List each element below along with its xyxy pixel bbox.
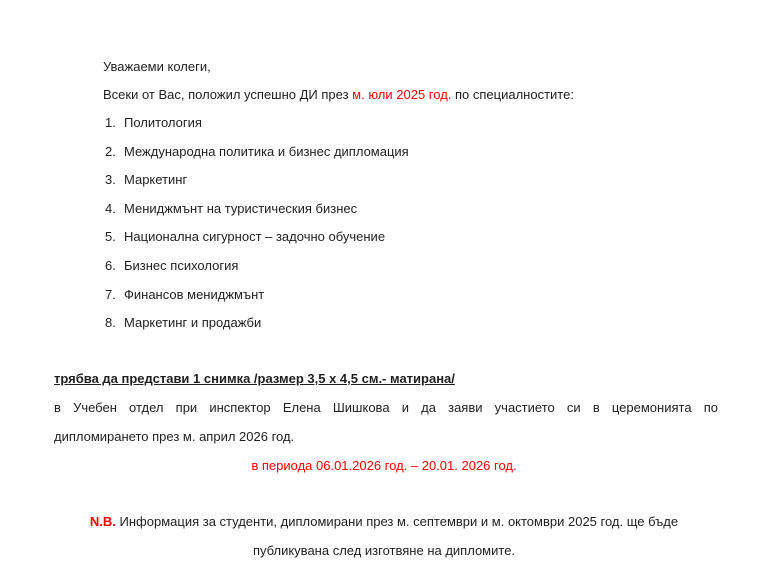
note-label: N.B. <box>90 514 116 529</box>
specialty-label: Мениджмънт на туристическия бизнес <box>124 201 357 230</box>
specialty-label: Международна политика и бизнес дипломаци… <box>124 144 409 173</box>
greeting: Уважаеми колеги, <box>103 59 211 74</box>
instruction-line-1: в Учебен отдел при инспектор Елена Шишко… <box>54 400 718 415</box>
intro-prefix: Всеки от Вас, положил успешно ДИ през <box>103 87 352 102</box>
list-number: 1. <box>105 115 124 144</box>
list-number: 4. <box>105 201 124 230</box>
note-text: Информация за студенти, дипломирани през… <box>116 514 678 529</box>
list-number: 3. <box>105 172 124 201</box>
list-number: 2. <box>105 144 124 173</box>
list-number: 8. <box>105 315 124 344</box>
list-number: 5. <box>105 229 124 258</box>
specialty-label: Бизнес психология <box>124 258 238 287</box>
list-number: 7. <box>105 287 124 316</box>
specialty-label: Маркетинг <box>124 172 187 201</box>
specialties-list: 1.Политология 2.Международна политика и … <box>105 115 409 344</box>
photo-requirement: трябва да представи 1 снимка /размер 3,5… <box>54 371 455 386</box>
specialty-label: Маркетинг и продажби <box>124 315 261 344</box>
list-item: 7.Финансов мениджмънт <box>105 287 409 316</box>
list-item: 3.Маркетинг <box>105 172 409 201</box>
list-item: 4.Мениджмънт на туристическия бизнес <box>105 201 409 230</box>
specialty-label: Финансов мениджмънт <box>124 287 264 316</box>
submission-period: в периода 06.01.2026 год. – 20.01. 2026 … <box>0 458 768 473</box>
specialty-label: Политология <box>124 115 202 144</box>
list-item: 6.Бизнес психология <box>105 258 409 287</box>
specialty-label: Национална сигурност – задочно обучение <box>124 229 385 258</box>
note-line-1: N.B. Информация за студенти, дипломирани… <box>0 514 768 529</box>
instruction-line-2: дипломирането през м. април 2026 год. <box>54 429 294 444</box>
intro-date-highlight: м. юли 2025 год. <box>352 87 451 102</box>
intro-paragraph: Всеки от Вас, положил успешно ДИ през м.… <box>103 87 574 102</box>
list-item: 5.Национална сигурност – задочно обучени… <box>105 229 409 258</box>
list-item: 8.Маркетинг и продажби <box>105 315 409 344</box>
note-line-2: публикувана след изготвяне на дипломите. <box>0 543 768 558</box>
list-item: 2.Международна политика и бизнес диплома… <box>105 144 409 173</box>
list-item: 1.Политология <box>105 115 409 144</box>
intro-suffix: по специалностите: <box>451 87 574 102</box>
list-number: 6. <box>105 258 124 287</box>
